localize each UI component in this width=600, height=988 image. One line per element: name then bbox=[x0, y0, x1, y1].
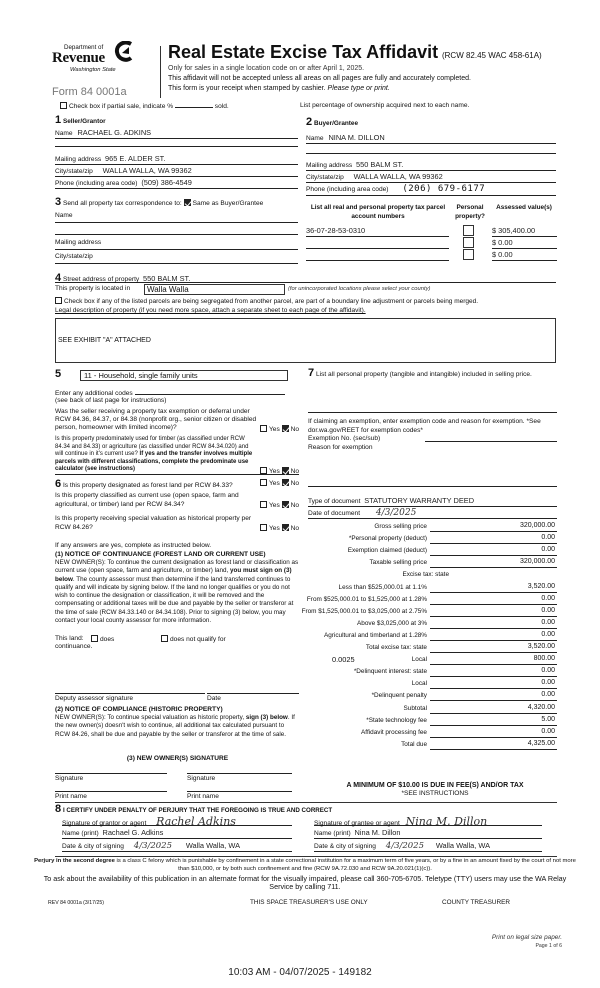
grantor-date-row: Date & city of signing 4/3/2025 Walla Wa… bbox=[62, 841, 292, 852]
q-historic-text: Is this property receiving special valua… bbox=[55, 515, 255, 532]
see-instructions: *SEE INSTRUCTIONS bbox=[300, 790, 570, 797]
calc-row: From $1,525,000.01 to $3,025,000 at 2.75… bbox=[300, 607, 557, 618]
header-divider bbox=[160, 46, 161, 98]
grantor-sig-row: Signature of grantor or agent Rachel Adk… bbox=[62, 815, 292, 826]
personal-property-line[interactable] bbox=[308, 412, 557, 413]
calc-row: Excise tax: state bbox=[300, 570, 557, 581]
calc-value-field[interactable]: 4,320.00 bbox=[528, 704, 555, 711]
grantor-date-field[interactable]: 4/3/2025 bbox=[134, 841, 172, 851]
reason-field[interactable] bbox=[308, 486, 557, 487]
assessed-col-header: Assessed value(s) bbox=[492, 203, 556, 212]
calc-label: *Personal property (deduct) bbox=[349, 535, 427, 542]
calc-value-field[interactable]: 3,520.00 bbox=[528, 583, 555, 590]
buyer-city-field[interactable]: WALLA WALLA, WA 99362 bbox=[354, 172, 443, 181]
calc-value-field[interactable]: 0.00 bbox=[541, 667, 555, 674]
owner-print-2-line[interactable] bbox=[187, 791, 292, 792]
segregated-row: Check box if any of the listed parcels a… bbox=[55, 297, 478, 305]
q-timber-yes-checkbox[interactable] bbox=[260, 467, 267, 474]
calc-value-field[interactable]: 0.00 bbox=[541, 691, 555, 698]
grantor-name-field[interactable]: Rachael G. Adkins bbox=[102, 828, 163, 837]
same-as-buyer-checkbox[interactable] bbox=[184, 199, 191, 206]
partial-sale-checkbox[interactable] bbox=[60, 102, 67, 109]
calc-label: Agricultural and timberland at 1.28% bbox=[324, 632, 427, 639]
corr-name-line-2[interactable] bbox=[55, 234, 298, 235]
parcel-number-field[interactable]: 36-07-28-53-0310 bbox=[306, 226, 449, 237]
logo-state-text: Washington State bbox=[70, 67, 116, 73]
calc-label: Subtotal bbox=[404, 705, 427, 712]
q-historic-answer: Yes No bbox=[260, 524, 299, 532]
grantor-name-row: Name (print) Rachael G. Adkins bbox=[62, 828, 292, 839]
partial-sale-percent-field[interactable] bbox=[175, 107, 213, 108]
q-timber-text: Is this property predominately used for … bbox=[55, 436, 255, 474]
calc-row: Total excise tax: state3,520.00 bbox=[300, 643, 557, 654]
notice2-text: NEW OWNER(S): To continue special valuat… bbox=[55, 714, 300, 739]
legal-description-field[interactable]: SEE EXHIBIT "A" ATTACHED bbox=[55, 318, 556, 363]
section5-num: 5 bbox=[55, 368, 61, 380]
notice2-title: (2) NOTICE OF COMPLIANCE (HISTORIC PROPE… bbox=[55, 706, 223, 713]
owner-sig-1-line[interactable] bbox=[55, 773, 167, 774]
calc-label: Above $3,025,000 at 3% bbox=[357, 620, 427, 627]
calc-row: Above $3,025,000 at 3%0.00 bbox=[300, 619, 557, 630]
grantee-name-row: Name (print) Nina M. Dillon bbox=[314, 828, 542, 839]
owner-print-1-line[interactable] bbox=[55, 791, 167, 792]
seller-city-field[interactable]: WALLA WALLA, WA 99362 bbox=[103, 166, 192, 175]
page-title: Real Estate Excise Tax Affidavit (RCW 82… bbox=[168, 42, 542, 63]
calc-label: Excise tax: state bbox=[402, 571, 449, 578]
calc-row: *Personal property (deduct)0.00 bbox=[300, 534, 557, 545]
calc-label: *Delinquent penalty bbox=[372, 692, 427, 699]
calc-label: Local bbox=[412, 680, 427, 687]
buyer-mailing-field[interactable]: 550 BALM ST. bbox=[356, 160, 403, 169]
calc-value-field[interactable]: 4,325.00 bbox=[528, 740, 555, 747]
personal-property-checkbox[interactable] bbox=[463, 237, 474, 248]
q-exemption-text: Was the seller receiving a property tax … bbox=[55, 408, 260, 432]
calc-row: *State technology fee5.00 bbox=[300, 716, 557, 727]
personal-property-checkbox[interactable] bbox=[463, 249, 474, 260]
q-current-use-text: Is this property classified as current u… bbox=[55, 492, 255, 509]
calc-row: *Delinquent interest: state0.00 bbox=[300, 667, 557, 678]
q-forest-no-checkbox[interactable] bbox=[282, 479, 289, 486]
notice1-title: (1) NOTICE OF CONTINUANCE (FOREST LAND O… bbox=[55, 551, 266, 558]
land-does-checkbox[interactable] bbox=[91, 635, 98, 642]
additional-codes-field[interactable] bbox=[135, 388, 285, 395]
legal-label: Legal description of property (if you ne… bbox=[55, 307, 366, 314]
q-exemption-no-checkbox[interactable] bbox=[282, 425, 289, 432]
header-note-2: This affidavit will not be accepted unle… bbox=[168, 75, 471, 82]
exemption-text: If claiming an exemption, enter exemptio… bbox=[308, 418, 553, 435]
calc-row: *Delinquent penalty0.00 bbox=[300, 691, 557, 702]
notice3-title: (3) NEW OWNER(S) SIGNATURE bbox=[55, 755, 300, 762]
calc-row: Exemption claimed (deduct)0.00 bbox=[300, 546, 557, 557]
calc-value-field[interactable]: 5.00 bbox=[541, 716, 555, 723]
q-historic-no-checkbox[interactable] bbox=[282, 524, 289, 531]
grantee-city-field[interactable]: Walla Walla, WA bbox=[436, 841, 490, 850]
seller-mailing-row: Mailing address 965 E. ALDER ST. bbox=[55, 154, 298, 165]
owner-print-2-label: Print name bbox=[187, 793, 219, 800]
minimum-note: A MINIMUM OF $10.00 IS DUE IN FEE(S) AND… bbox=[300, 782, 570, 789]
owner-sig-2-label: Signature bbox=[187, 775, 215, 782]
calc-row: Gross selling price320,000.00 bbox=[300, 522, 557, 533]
calc-value-field[interactable]: 0.00 bbox=[541, 679, 555, 686]
owner-sig-2-line[interactable] bbox=[187, 773, 292, 774]
buyer-city-row: City/state/zip WALLA WALLA, WA 99362 bbox=[306, 172, 556, 183]
calc-value-field[interactable]: 0.00 bbox=[541, 619, 555, 626]
owner-sig-1-label: Signature bbox=[55, 775, 83, 782]
buyer-phone-row: Phone (including area code) (206) 679-61… bbox=[306, 184, 556, 196]
buyer-name-row: Name NINA M. DILLON bbox=[306, 133, 556, 144]
seller-phone-row: Phone (including area code) (509) 386-45… bbox=[55, 178, 298, 189]
parcels-col-header: List all real and personal property tax … bbox=[310, 203, 446, 221]
calc-label: Taxable selling price bbox=[369, 559, 427, 566]
personal-col-header: Personal property? bbox=[452, 203, 488, 221]
segregated-checkbox[interactable] bbox=[55, 297, 62, 304]
q-current-use-no-checkbox[interactable] bbox=[282, 501, 289, 508]
corr-name-row: Name bbox=[55, 212, 298, 223]
owner-print-1-label: Print name bbox=[55, 793, 87, 800]
calc-label: *Delinquent interest: state bbox=[354, 668, 427, 675]
exemption-no-label: Exemption No. (sec/sub) bbox=[308, 435, 380, 442]
q-timber-no-checkbox[interactable] bbox=[282, 467, 289, 474]
calc-label: Exemption claimed (deduct) bbox=[348, 547, 427, 554]
calc-row: Agricultural and timberland at 1.28%0.00 bbox=[300, 631, 557, 642]
calc-row: Local0.0025800.00 bbox=[300, 655, 557, 666]
corr-mailing-row: Mailing address bbox=[55, 239, 298, 250]
located-select[interactable]: Walla Walla bbox=[144, 284, 285, 295]
buyer-phone-field[interactable]: (206) 679-6177 bbox=[402, 184, 485, 194]
q-exemption-yes-checkbox[interactable] bbox=[260, 425, 267, 432]
seller-name-line-2[interactable] bbox=[55, 146, 298, 147]
q-current-use-yes-checkbox[interactable] bbox=[260, 501, 267, 508]
if-yes-note: If any answers are yes, complete as inst… bbox=[55, 542, 211, 549]
doc-date-row: Date of document 4/3/2025 bbox=[308, 508, 557, 519]
personal-property-checkbox[interactable] bbox=[463, 225, 474, 236]
reason-label: Reason for exemption bbox=[308, 444, 373, 451]
calc-value-field[interactable]: 0.00 bbox=[541, 631, 555, 638]
calc-value-field[interactable]: 0.00 bbox=[541, 534, 555, 541]
grantee-signature[interactable]: Nina M. Dillon bbox=[406, 815, 488, 828]
calc-label: Affidavit processing fee bbox=[361, 729, 427, 736]
grantee-name-field[interactable]: Nina M. Dillon bbox=[354, 828, 400, 837]
buyer-heading: 2 Buyer/Grantee bbox=[306, 116, 358, 128]
correspondence-heading: 3 Send all property tax correspondence t… bbox=[55, 196, 263, 208]
buyer-name-line-2[interactable] bbox=[306, 153, 556, 154]
treasurer-use-label: THIS SPACE TREASURER'S USE ONLY bbox=[250, 899, 368, 906]
seller-heading: 1 Seller/Grantor bbox=[55, 114, 106, 126]
q-forest-row: 6 Is this property designated as forest … bbox=[55, 478, 233, 490]
grantee-sig-row: Signature of grantee or agent Nina M. Di… bbox=[314, 815, 542, 826]
buyer-name-field[interactable]: NINA M. DILLON bbox=[328, 133, 384, 142]
calc-value-field[interactable]: 0.00 bbox=[541, 595, 555, 602]
corr-city-row: City/state/zip bbox=[55, 253, 298, 264]
header-note-1: Only for sales in a single location code… bbox=[168, 65, 364, 72]
deputy-sig-line[interactable] bbox=[55, 693, 205, 694]
assessed-value-field[interactable]: $ 0.00 bbox=[492, 238, 557, 249]
land-does-not-checkbox[interactable] bbox=[161, 635, 168, 642]
buyer-mailing-row: Mailing address 550 BALM ST. bbox=[306, 160, 556, 171]
parcel-number-field[interactable] bbox=[306, 238, 449, 249]
local-rate: 0.0025 bbox=[332, 655, 355, 664]
deputy-date-line[interactable] bbox=[207, 693, 299, 694]
deputy-sig-label: Deputy assessor signature bbox=[55, 695, 133, 702]
header-note-3: This form is your receipt when stamped b… bbox=[168, 85, 390, 92]
partial-sale-row: Check box if partial sale, indicate % so… bbox=[60, 102, 229, 110]
assessed-value-field[interactable]: $ 0.00 bbox=[492, 250, 557, 261]
grantor-signature[interactable]: Rachel Adkins bbox=[156, 815, 236, 828]
q-forest-answer: Yes No bbox=[260, 479, 299, 487]
county-treasurer-label: COUNTY TREASURER bbox=[442, 899, 510, 906]
calc-row: Total due4,325.00 bbox=[300, 740, 557, 751]
assessed-value-field[interactable]: $ 305,400.00 bbox=[492, 226, 557, 237]
additional-codes-hint: (see back of last page for instructions) bbox=[55, 397, 166, 404]
this-land-row: This land: does does not qualify for con… bbox=[55, 635, 300, 650]
grantee-date-row: Date & city of signing 4/3/2025 Walla Wa… bbox=[314, 841, 542, 852]
street-field[interactable]: 550 BALM ST. bbox=[143, 274, 190, 283]
doc-type-field[interactable]: STATUTORY WARRANTY DEED bbox=[364, 496, 474, 505]
calc-row: From $525,000.01 to $1,525,000 at 1.28%0… bbox=[300, 595, 557, 606]
q-current-use-answer: Yes No bbox=[260, 501, 299, 509]
form-number: Form 84 0001a bbox=[52, 86, 127, 98]
calc-value-field[interactable]: 320,000.00 bbox=[520, 522, 555, 529]
seller-phone-field[interactable]: (509) 386-4549 bbox=[141, 178, 192, 187]
seller-name-field[interactable]: RACHAEL G. ADKINS bbox=[77, 128, 151, 137]
calc-row: Local0.00 bbox=[300, 679, 557, 690]
calc-label: From $1,525,000.01 to $3,025,000 at 2.75… bbox=[302, 608, 427, 615]
dor-swirl-icon bbox=[114, 41, 134, 63]
calc-value-field[interactable]: 0.00 bbox=[541, 546, 555, 553]
accessibility-notice: To ask about the availability of this pu… bbox=[40, 875, 570, 891]
footer-divider bbox=[55, 856, 557, 857]
located-hint: (for unincorporated locations please sel… bbox=[288, 286, 430, 292]
seller-city-row: City/state/zip WALLA WALLA, WA 99362 bbox=[55, 166, 298, 177]
calc-label: Local bbox=[412, 656, 427, 663]
seller-mailing-field[interactable]: 965 E. ALDER ST. bbox=[105, 154, 165, 163]
exemption-no-field[interactable] bbox=[425, 441, 557, 442]
doc-type-row: Type of document STATUTORY WARRANTY DEED bbox=[308, 496, 557, 507]
print-legal-note: Print on legal size paper. bbox=[380, 934, 562, 941]
located-row: This property is located in bbox=[55, 285, 130, 292]
calc-label: Total excise tax: state bbox=[366, 644, 427, 651]
logo-revenue-text: Revenue bbox=[52, 50, 105, 67]
q-timber-answer: Yes No bbox=[260, 467, 299, 475]
use-code-select[interactable]: 11 - Household, single family units bbox=[80, 370, 288, 381]
ownership-note: List percentage of ownership acquired ne… bbox=[300, 102, 469, 109]
perjury-notice: Perjury in the second degree is a class … bbox=[30, 858, 580, 873]
deputy-date-label: Date bbox=[207, 695, 221, 702]
calc-value-field[interactable]: 800.00 bbox=[534, 655, 555, 662]
calc-value-field[interactable]: 320,000.00 bbox=[520, 558, 555, 565]
calc-row: Less than $525,000.01 at 1.1%3,520.00 bbox=[300, 583, 557, 594]
calc-label: From $525,000.01 to $1,525,000 at 1.28% bbox=[307, 596, 427, 603]
calc-value-field[interactable]: 3,520.00 bbox=[528, 643, 555, 650]
notice1-text: NEW OWNER(S): To continue the current de… bbox=[55, 559, 300, 625]
grantee-date-field[interactable]: 4/3/2025 bbox=[386, 841, 424, 851]
page-number: Page 1 of 6 bbox=[380, 943, 562, 949]
calc-value-field[interactable]: 0.00 bbox=[541, 728, 555, 735]
doc-date-field[interactable]: 4/3/2025 bbox=[376, 508, 416, 518]
calc-value-field[interactable]: 0.00 bbox=[541, 607, 555, 614]
grantor-city-field[interactable]: Walla Walla, WA bbox=[186, 841, 240, 850]
parcel-number-field[interactable] bbox=[306, 250, 449, 261]
street-row: 4 Street address of property 550 BALM ST… bbox=[55, 272, 556, 283]
rev-code: REV 84 0001a (3/17/25) bbox=[48, 900, 104, 906]
q-forest-yes-checkbox[interactable] bbox=[260, 479, 267, 486]
calc-label: *State technology fee bbox=[366, 717, 427, 724]
seller-name-row: Name RACHAEL G. ADKINS bbox=[55, 128, 298, 139]
calc-row: Taxable selling price320,000.00 bbox=[300, 558, 557, 569]
calc-row: Affidavit processing fee0.00 bbox=[300, 728, 557, 739]
calc-label: Gross selling price bbox=[374, 523, 427, 530]
q-exemption-answer: Yes No bbox=[260, 425, 299, 433]
recording-stamp: 10:03 AM - 04/07/2025 - 149182 bbox=[0, 967, 600, 978]
certify-statement: 8 I CERTIFY UNDER PENALTY OF PERJURY THA… bbox=[55, 803, 332, 815]
calc-row: Subtotal4,320.00 bbox=[300, 704, 557, 715]
calc-label: Less than $525,000.01 at 1.1% bbox=[339, 584, 427, 591]
calc-label: Total due bbox=[401, 741, 427, 748]
q-historic-yes-checkbox[interactable] bbox=[260, 524, 267, 531]
section7-label: 7 List all personal property (tangible a… bbox=[308, 368, 558, 380]
additional-codes-row: Enter any additional codes bbox=[55, 388, 285, 397]
